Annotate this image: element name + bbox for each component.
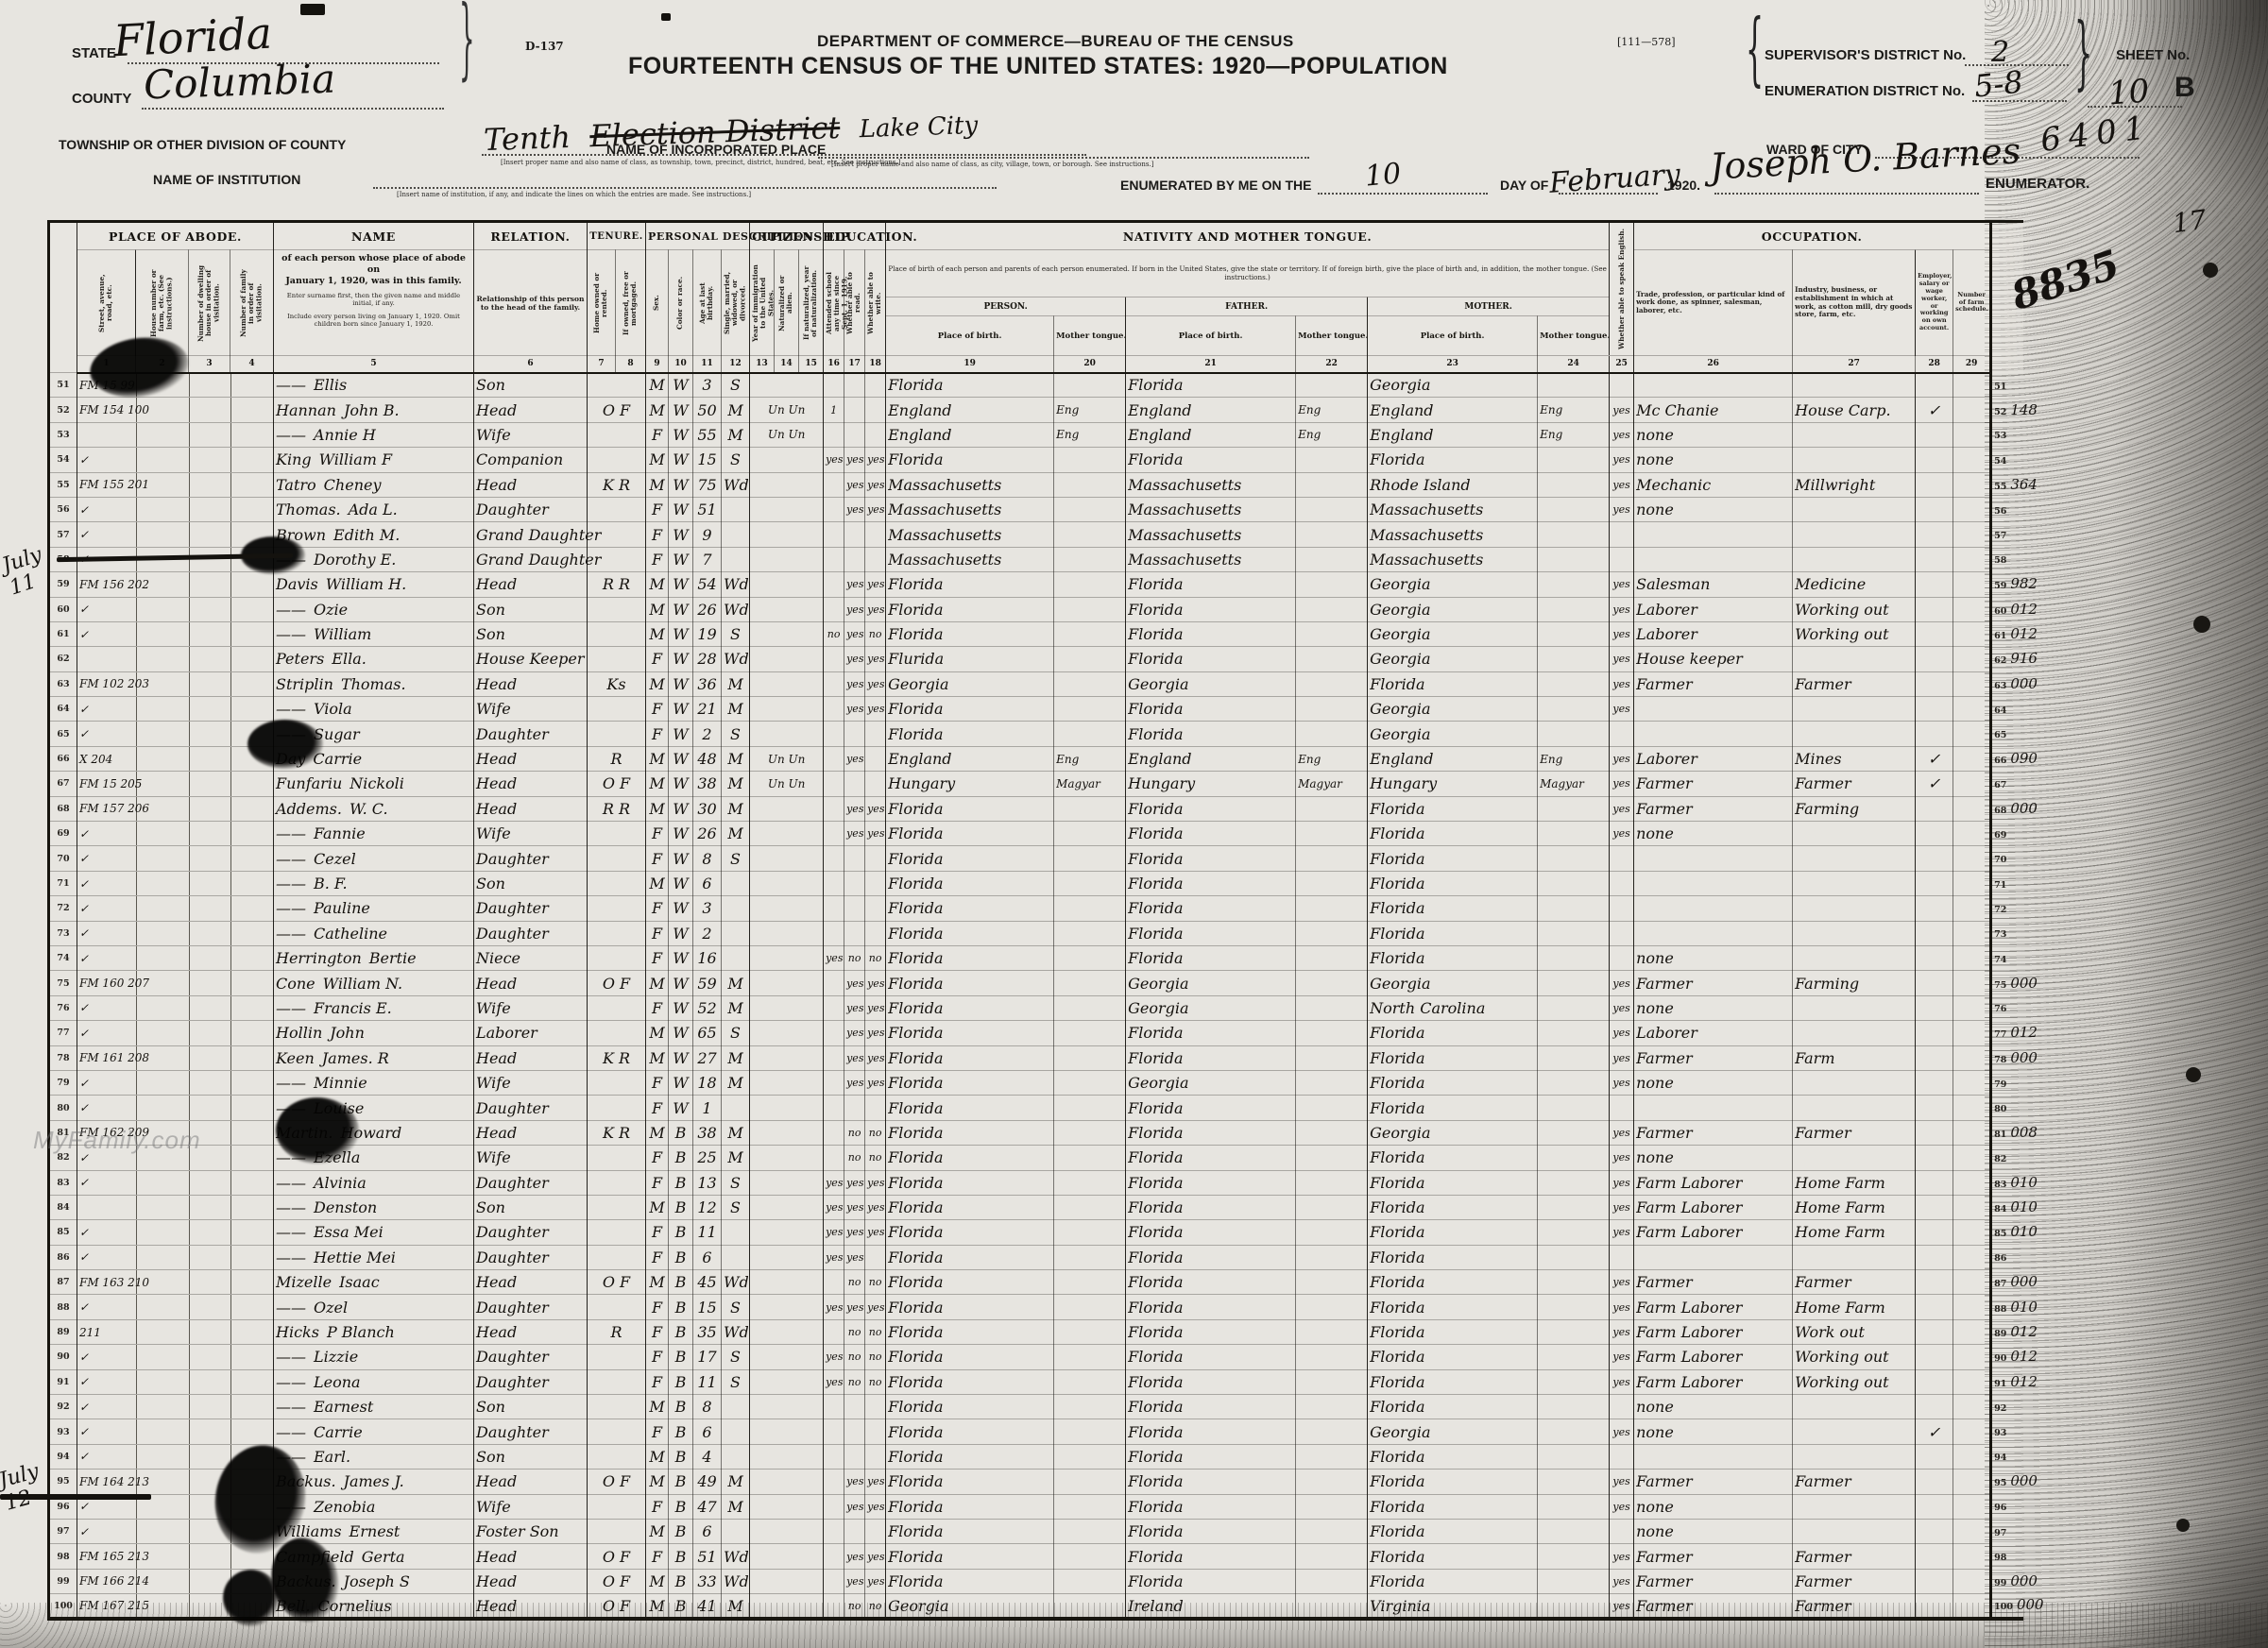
cell-name: Peters Ella. [274,647,474,671]
cell-birthplace-father: Florida [1126,1220,1296,1245]
state-label: STATE [72,45,116,61]
cell-tenure: K R [588,472,646,497]
cell-tongue-father [1296,647,1368,671]
cell-marital: S [722,1195,750,1219]
cell-tongue-mother [1538,896,1610,921]
cell-citizenship [750,1369,824,1394]
cell-industry [1793,822,1916,846]
cell-industry [1793,945,1916,970]
cell-age: 15 [693,1295,722,1319]
cell-write [865,1096,886,1120]
cell-tongue-father [1296,1569,1368,1593]
cell-citizenship [750,1195,824,1219]
cell-sex: F [646,822,669,846]
cell-sex: F [646,422,669,447]
cell-industry [1793,846,1916,871]
cell-color: W [669,398,693,422]
cell-speaks-english: yes [1610,1195,1634,1219]
line-number-left: 87 [49,1270,77,1295]
cell-school [824,1021,844,1045]
cell-industry: Working out [1793,621,1916,646]
cell-tongue-father [1296,373,1368,398]
cell-employer [1916,1444,1953,1469]
cell-tongue-person [1054,896,1126,921]
line-number-left: 89 [49,1319,77,1344]
cell-school [824,597,844,621]
cell-tongue-father [1296,522,1368,547]
cell-employer [1916,597,1953,621]
cell-name: —— Cezel [274,846,474,871]
cell-speaks-english [1610,846,1634,871]
cell-color: W [669,1096,693,1120]
cell-sex: M [646,796,669,821]
cell-birthplace-person: Florida [886,1444,1054,1469]
cell-age: 38 [693,772,722,796]
cell-speaks-english: yes [1610,1594,1634,1619]
cell-tongue-father [1296,1295,1368,1319]
cell-industry [1793,422,1916,447]
table-row: 65✓—— SugarDaughterFW2SFloridaFloridaGeo… [49,722,2023,746]
line-number-right: 60012 [1991,597,2023,621]
cell-tongue-person [1054,722,1126,746]
col27-header: Industry, business, or establishment in … [1793,250,1916,356]
cell-school [824,921,844,945]
cell-tongue-father [1296,1070,1368,1095]
cell-color: W [669,547,693,571]
cell-name: —— Pauline [274,896,474,921]
cell-write [865,373,886,398]
cell-birthplace-person: Florida [886,621,1054,646]
cell-birthplace-person: Massachusetts [886,522,1054,547]
line-number-left: 80 [49,1096,77,1120]
cell-school: yes [824,1369,844,1394]
cell-tongue-person [1054,448,1126,472]
enum-year: 1920. [1667,178,1700,193]
line-number-right: 76 [1991,995,2023,1020]
cell-tenure [588,448,646,472]
cell-tongue-father [1296,497,1368,521]
cell-tongue-mother [1538,671,1610,696]
line-number-right: 54 [1991,448,2023,472]
cell-abode: FM 157 206 [77,796,274,821]
cell-farm-schedule [1953,1021,1991,1045]
cell-birthplace-person: Florida [886,1146,1054,1170]
cell-employer [1916,1195,1953,1219]
cell-birthplace-father: Florida [1126,1295,1296,1319]
cell-birthplace-mother: Florida [1368,1021,1538,1045]
form-number: D-137 [525,40,564,53]
cell-citizenship [750,1146,824,1170]
cell-color: W [669,597,693,621]
cell-school: no [824,621,844,646]
cell-birthplace-mother: Florida [1368,921,1538,945]
cell-sex: M [646,621,669,646]
cell-birthplace-mother: England [1368,746,1538,771]
cell-read [844,547,865,571]
cell-tongue-father [1296,1270,1368,1295]
column-numbers-row: 1234567891011121314151617181920212223242… [49,356,2023,373]
cell-read: yes [844,647,865,671]
cell-school [824,871,844,895]
cell-birthplace-father: Florida [1126,597,1296,621]
cell-name: —— Lizzie [274,1345,474,1369]
cell-farm-schedule [1953,796,1991,821]
cell-sex: F [646,1319,669,1344]
cell-birthplace-father: Florida [1126,921,1296,945]
line-number-right: 87000 [1991,1270,2023,1295]
cell-farm-schedule [1953,1569,1991,1593]
cell-tenure [588,1170,646,1195]
cell-tenure: R [588,746,646,771]
line-number-right: 91012 [1991,1369,2023,1394]
cell-age: 6 [693,871,722,895]
cell-birthplace-father: England [1126,746,1296,771]
col-number: 22 [1296,356,1368,373]
table-row: 95FM 164 213Backus. James J.HeadO FMB49M… [49,1470,2023,1494]
col12-header: Single, married, widowed, or divorced. [722,250,750,356]
cell-birthplace-mother: Georgia [1368,722,1538,746]
cell-speaks-english [1610,1245,1634,1269]
cell-birthplace-person: Florida [886,1494,1054,1519]
cell-industry: Farm [1793,1045,1916,1070]
cell-name: —— Ellis [274,373,474,398]
incorporated-place-note: [Insert proper name and also name of cla… [831,161,1153,168]
table-row: 68FM 157 206Addems. W. C.HeadR RMW30Myes… [49,796,2023,821]
cell-marital: M [722,1470,750,1494]
cell-read [844,373,865,398]
cell-age: 35 [693,1319,722,1344]
line-number-right: 93 [1991,1419,2023,1444]
cell-tongue-father [1296,597,1368,621]
cell-employer [1916,1245,1953,1269]
cell-citizenship [750,995,824,1020]
cell-birthplace-mother: Georgia [1368,621,1538,646]
cell-relation: Head [474,1594,588,1619]
cell-name: Hicks P Blanch [274,1319,474,1344]
cell-citizenship [750,1444,824,1469]
col19-header: Place of birth. [886,316,1054,356]
cell-sex: F [646,1245,669,1269]
cell-read: no [844,1345,865,1369]
cell-tenure [588,373,646,398]
cell-occupation: Farmer [1634,1120,1793,1145]
cell-abode: ✓ [77,1096,274,1120]
cell-write: no [865,1594,886,1619]
line-number-right: 100000 [1991,1594,2023,1619]
cell-tongue-person [1054,697,1126,722]
cell-farm-schedule [1953,647,1991,671]
cell-tenure: Ks [588,671,646,696]
cell-tongue-person [1054,1070,1126,1095]
cell-school [824,671,844,696]
cell-tongue-mother [1538,1319,1610,1344]
cell-read: yes [844,971,865,995]
col15-header: If naturalized, year of naturalization. [799,250,824,356]
cell-birthplace-person: Florida [886,945,1054,970]
cell-employer [1916,547,1953,571]
cell-birthplace-mother: Georgia [1368,1120,1538,1145]
cell-tongue-father: Eng [1296,398,1368,422]
cell-tongue-father [1296,1319,1368,1344]
cell-read [844,846,865,871]
cell-sex: F [646,1494,669,1519]
cell-occupation: Farm Laborer [1634,1345,1793,1369]
cell-age: 59 [693,971,722,995]
cell-birthplace-father: Florida [1126,871,1296,895]
cell-birthplace-person: Florida [886,1045,1054,1070]
col-number: 12 [722,356,750,373]
cell-age: 28 [693,647,722,671]
cell-tongue-mother [1538,1146,1610,1170]
table-row: 56✓Thomas. Ada L.DaughterFW51yesyesMassa… [49,497,2023,521]
sheet-label: SHEET No. [2116,47,2190,63]
cell-tongue-person [1054,871,1126,895]
line-number-left: 61 [49,621,77,646]
cell-industry: Farmer [1793,1594,1916,1619]
cell-school: 1 [824,398,844,422]
cell-occupation [1634,896,1793,921]
cell-farm-schedule [1953,1245,1991,1269]
cell-write: yes [865,1021,886,1045]
cell-farm-schedule [1953,1319,1991,1344]
cell-read: yes [844,1245,865,1269]
cell-citizenship [750,522,824,547]
cell-tongue-father [1296,1170,1368,1195]
cell-abode: ✓ [77,822,274,846]
cell-relation: Head [474,971,588,995]
cell-industry [1793,1444,1916,1469]
cell-citizenship: Un Un [750,422,824,447]
table-row: 90✓—— LizzieDaughterFB17SyesnonoFloridaF… [49,1345,2023,1369]
cell-write: no [865,1146,886,1170]
cell-birthplace-father: Florida [1126,1444,1296,1469]
cell-school [824,522,844,547]
cell-occupation: Farm Laborer [1634,1369,1793,1394]
cell-industry: Farmer [1793,1544,1916,1569]
scan-speck [661,13,671,21]
cell-birthplace-mother: Virginia [1368,1594,1538,1619]
cell-write: yes [865,1045,886,1070]
cell-tongue-person [1054,1146,1126,1170]
cell-birthplace-person: Florida [886,921,1054,945]
cell-write [865,1419,886,1444]
cell-birthplace-person: Flurida [886,647,1054,671]
col-number: 11 [693,356,722,373]
cell-write: no [865,1270,886,1295]
cell-sex: M [646,871,669,895]
cell-birthplace-father: Florida [1126,572,1296,597]
cell-birthplace-person: Florida [886,597,1054,621]
cell-relation: Son [474,1444,588,1469]
cell-speaks-english: yes [1610,1345,1634,1369]
cell-tongue-person [1054,1295,1126,1319]
cell-relation: Head [474,1045,588,1070]
cell-marital: Wd [722,1270,750,1295]
cell-birthplace-father: Ireland [1126,1594,1296,1619]
cell-employer [1916,1544,1953,1569]
cell-birthplace-mother: Florida [1368,1470,1538,1494]
cell-birthplace-person: Florida [886,995,1054,1020]
cell-birthplace-mother: Rhode Island [1368,472,1538,497]
cell-birthplace-father: Florida [1126,373,1296,398]
cell-employer [1916,621,1953,646]
cell-employer [1916,1319,1953,1344]
table-row: 99FM 166 214Backus. Joseph SHeadO FMB33W… [49,1569,2023,1593]
cell-farm-schedule [1953,1470,1991,1494]
cell-color: B [669,1295,693,1319]
cell-tenure [588,1519,646,1543]
line-number-left: 72 [49,896,77,921]
line-number-left: 52 [49,398,77,422]
cell-sex: M [646,597,669,621]
cell-tongue-father [1296,971,1368,995]
cell-abode: FM 15 205 [77,772,274,796]
line-number-left: 73 [49,921,77,945]
cell-marital: M [722,1146,750,1170]
cell-tongue-person [1054,522,1126,547]
cell-occupation: Farmer [1634,971,1793,995]
line-number-left: 65 [49,722,77,746]
cell-sex: M [646,1021,669,1045]
cell-tongue-mother [1538,722,1610,746]
line-number-left: 68 [49,796,77,821]
cell-tongue-person [1054,1170,1126,1195]
cell-read: yes [844,1494,865,1519]
cell-occupation: none [1634,497,1793,521]
cell-name: —— Essa Mei [274,1220,474,1245]
cell-relation: Daughter [474,1245,588,1269]
table-row: 69✓—— FannieWifeFW26MyesyesFloridaFlorid… [49,822,2023,846]
col10-header: Color or race. [669,250,693,356]
cell-tongue-father [1296,722,1368,746]
cell-tongue-father: Eng [1296,422,1368,447]
col3-header: Number of dwelling house in order of vis… [189,250,230,356]
cell-tongue-person [1054,921,1126,945]
cell-birthplace-father: Florida [1126,1045,1296,1070]
group-place-of-abode: PLACE OF ABODE. [77,222,274,250]
cell-tongue-person [1054,971,1126,995]
cell-tongue-mother [1538,1195,1610,1219]
cell-occupation: Farm Laborer [1634,1170,1793,1195]
cell-school [824,896,844,921]
cell-farm-schedule [1953,1395,1991,1419]
cell-occupation: Farmer [1634,1270,1793,1295]
cell-farm-schedule [1953,621,1991,646]
enumerator-label: ENUMERATOR. [1986,176,2089,192]
cell-birthplace-person: Florida [886,1120,1054,1145]
col-number: 28 [1916,356,1953,373]
line-number-left: 97 [49,1519,77,1543]
cell-school [824,1045,844,1070]
cell-industry [1793,373,1916,398]
cell-tongue-mother [1538,1045,1610,1070]
cell-birthplace-father: Florida [1126,621,1296,646]
rownum-header-left [49,222,77,373]
cell-name: —— Francis E. [274,995,474,1020]
line-number-right: 88010 [1991,1295,2023,1319]
cell-school [824,995,844,1020]
cell-speaks-english: yes [1610,1120,1634,1145]
cell-marital: M [722,971,750,995]
cell-occupation: Laborer [1634,597,1793,621]
table-row: 97✓Williams ErnestFoster SonMB6FloridaFl… [49,1519,2023,1543]
cell-occupation: Mc Chanie [1634,398,1793,422]
cell-birthplace-mother: Florida [1368,846,1538,871]
cell-age: 9 [693,522,722,547]
line-number-left: 84 [49,1195,77,1219]
cell-employer [1916,1070,1953,1095]
cell-marital [722,945,750,970]
col20-header: Mother tongue. [1054,316,1126,356]
cell-age: 26 [693,597,722,621]
cell-age: 33 [693,1569,722,1593]
line-number-right: 71 [1991,871,2023,895]
cell-birthplace-mother: Georgia [1368,597,1538,621]
cell-speaks-english: yes [1610,1544,1634,1569]
cell-tongue-mother [1538,945,1610,970]
cell-birthplace-father: Florida [1126,1345,1296,1369]
cell-birthplace-mother: Georgia [1368,971,1538,995]
county-line [142,108,444,110]
cell-write: yes [865,597,886,621]
cell-employer [1916,448,1953,472]
table-row: 60✓—— OzieSonMW26WdyesyesFloridaFloridaG… [49,597,2023,621]
cell-tongue-mother [1538,1021,1610,1045]
cell-tongue-mother [1538,871,1610,895]
cell-birthplace-mother: Massachusetts [1368,497,1538,521]
cell-birthplace-father: Florida [1126,1544,1296,1569]
cell-abode: ✓ [77,697,274,722]
cell-tongue-father [1296,448,1368,472]
cell-speaks-english [1610,722,1634,746]
cell-tongue-mother [1538,1569,1610,1593]
cell-marital: M [722,1045,750,1070]
cell-write: no [865,621,886,646]
cell-birthplace-mother: Hungary [1368,772,1538,796]
cell-birthplace-mother: Florida [1368,1295,1538,1319]
cell-birthplace-person: Florida [886,1245,1054,1269]
cell-birthplace-mother: England [1368,422,1538,447]
cell-read: yes [844,472,865,497]
cell-employer [1916,1045,1953,1070]
cell-tenure: K R [588,1045,646,1070]
cell-citizenship [750,1544,824,1569]
ink-dot [2193,616,2210,633]
cell-birthplace-father: Florida [1126,1270,1296,1295]
cell-relation: Son [474,871,588,895]
cell-marital: S [722,722,750,746]
cell-school: yes [824,1295,844,1319]
cell-citizenship: Un Un [750,746,824,771]
cell-birthplace-mother: Florida [1368,1444,1538,1469]
cell-birthplace-person: Florida [886,971,1054,995]
cell-tongue-mother: Magyar [1538,772,1610,796]
cell-sex: M [646,1195,669,1219]
line-number-right: 95000 [1991,1470,2023,1494]
cell-relation: Head [474,1120,588,1145]
cell-occupation: Laborer [1634,1021,1793,1045]
cell-school: yes [824,1170,844,1195]
cell-occupation: Laborer [1634,746,1793,771]
cell-tongue-person [1054,1594,1126,1619]
line-number-left: 93 [49,1419,77,1444]
cell-occupation: none [1634,1419,1793,1444]
cell-employer: ✓ [1916,1419,1953,1444]
cell-industry: Working out [1793,1345,1916,1369]
cell-abode: 211 [77,1319,274,1344]
cell-abode: ✓ [77,597,274,621]
cell-occupation: Farmer [1634,1569,1793,1593]
